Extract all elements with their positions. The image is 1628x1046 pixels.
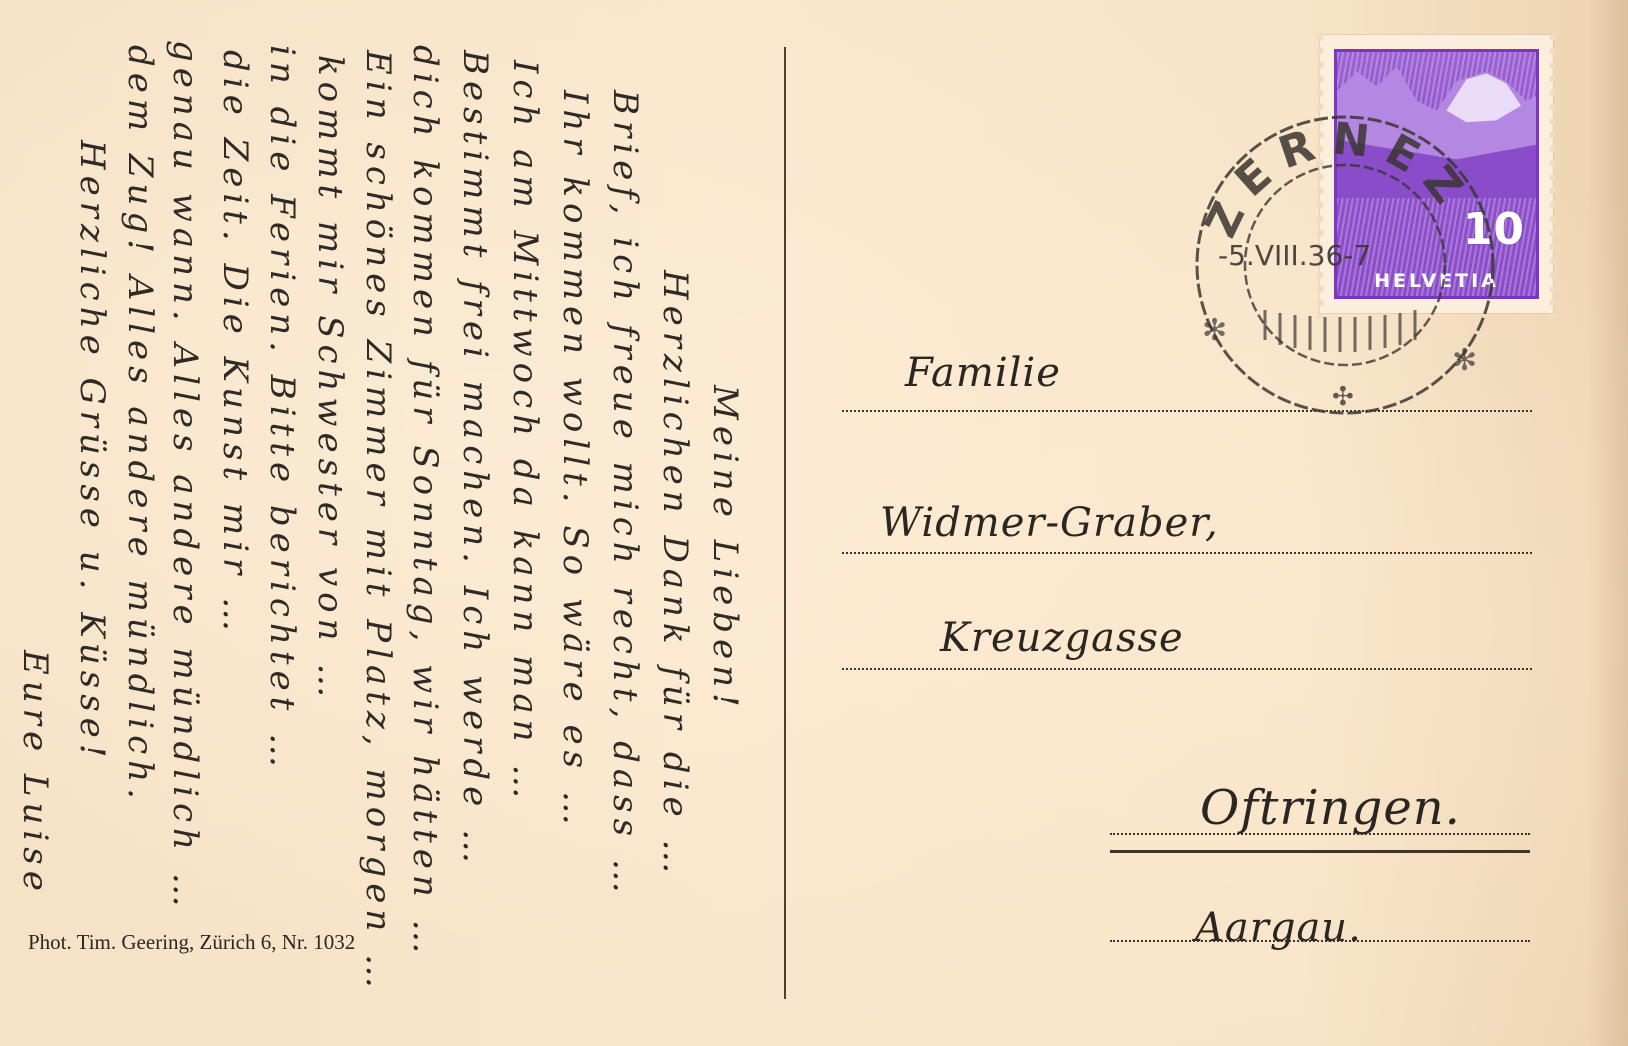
address-line-4: Oftringen. bbox=[1200, 780, 1461, 836]
message-line: Ihr kommen wollt. So wäre es … bbox=[555, 90, 595, 831]
address-rule bbox=[1110, 940, 1530, 942]
stamp-country: HELVETIA bbox=[1337, 270, 1536, 292]
address-rule bbox=[1110, 833, 1530, 835]
mountain-icon bbox=[1337, 52, 1536, 198]
message-line: Herzlichen Dank für die … bbox=[655, 270, 695, 879]
message-line: genau wann. Alles andere mündlich … bbox=[165, 40, 205, 913]
message-line: kommt mir Schwester von … bbox=[310, 55, 350, 703]
message-line: Brief, ich freue mich recht, dass … bbox=[605, 90, 645, 899]
address-line-2: Widmer-Graber, bbox=[880, 500, 1219, 546]
message-line: in die Ferien. Bitte berichtet … bbox=[262, 45, 302, 773]
svg-text:✻: ✻ bbox=[1202, 313, 1227, 348]
message-line: Ich am Mittwoch da kann man … bbox=[505, 60, 545, 804]
address-underline bbox=[1110, 850, 1530, 853]
message-line: dem Zug! Alles andere mündlich. bbox=[120, 45, 160, 805]
publisher-imprint: Phot. Tim. Geering, Zürich 6, Nr. 1032 bbox=[28, 930, 355, 955]
message-line: Herzliche Grüsse u. Küsse! bbox=[72, 140, 112, 763]
address-line-3: Kreuzgasse bbox=[940, 615, 1184, 661]
address-rule bbox=[842, 668, 1532, 670]
stamp-image: 10 HELVETIA bbox=[1334, 49, 1539, 299]
message-line: Meine Lieben! bbox=[705, 385, 745, 713]
message-line: dich kommen für Sonntag, wir hätten … bbox=[405, 45, 445, 960]
message-line: die Zeit. Die Kunst mir … bbox=[215, 50, 255, 637]
address-rule bbox=[842, 552, 1532, 554]
message-line: Ein schönes Zimmer mit Platz, morgen … bbox=[358, 50, 398, 994]
address-line-5: Aargau. bbox=[1195, 905, 1362, 951]
address-rule bbox=[842, 410, 1532, 412]
address-line-1: Familie bbox=[905, 350, 1061, 396]
center-divider bbox=[784, 47, 786, 999]
handwritten-message: Meine Lieben! Herzlichen Dank für die … … bbox=[0, 0, 760, 1046]
message-line: Eure Luise bbox=[15, 650, 55, 897]
postcard: Meine Lieben! Herzlichen Dank für die … … bbox=[0, 0, 1628, 1046]
stamp-value: 10 bbox=[1463, 204, 1524, 255]
svg-text:✻: ✻ bbox=[1452, 343, 1477, 378]
message-line: Bestimmt frei machen. Ich werde … bbox=[455, 50, 495, 869]
svg-text:✣: ✣ bbox=[1332, 382, 1354, 412]
card-edge-shade bbox=[1588, 0, 1628, 1046]
postage-stamp: 10 HELVETIA bbox=[1320, 35, 1553, 313]
